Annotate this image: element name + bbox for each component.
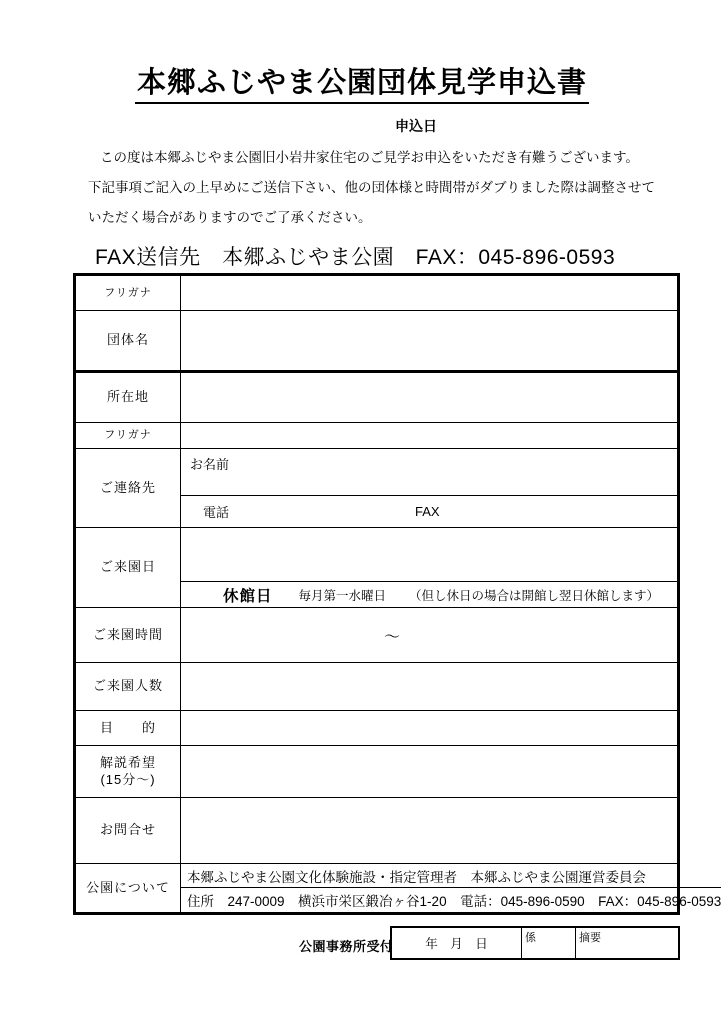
- contact-name-label: お名前: [190, 454, 229, 473]
- row-furigana-group: フリガナ: [76, 276, 677, 311]
- row-visit-date: ご来園日 休館日 毎月第一水曜日 （但し休日の場合は開館し翌日休館します）: [76, 528, 677, 608]
- about-park-line1: 本郷ふじやま公園文化体験施設・指定管理者 本郷ふじやま公園運営委員会: [187, 866, 646, 886]
- summary-label: 摘要: [579, 929, 601, 945]
- row-furigana-contact: フリガナ: [76, 423, 677, 449]
- furigana-label: フリガナ: [76, 276, 181, 310]
- group-name-label: 団体名: [76, 311, 181, 370]
- row-group-name: 団体名: [76, 311, 677, 373]
- visit-time-label: ご来園時間: [76, 608, 181, 662]
- row-visit-time: ご来園時間 ～: [76, 608, 677, 663]
- reception-date-input[interactable]: 年 月 日: [392, 928, 522, 958]
- address-input[interactable]: [181, 373, 677, 422]
- inquiry-label: お問合せ: [76, 798, 181, 863]
- furigana-label: フリガナ: [76, 423, 181, 448]
- application-form-table: フリガナ 団体名 所在地 フリガナ ご連絡先 お名前 電話 FAX: [73, 273, 680, 915]
- fax-destination-line: FAX送信先 本郷ふじやま公園 FAX：045-896-0593: [0, 241, 724, 271]
- visitor-count-input[interactable]: [181, 663, 677, 710]
- reception-summary-input[interactable]: 摘要: [576, 928, 678, 958]
- row-guide-request: 解説希望 (15分～): [76, 746, 677, 798]
- row-purpose: 目 的: [76, 711, 677, 746]
- visitor-count-label: ご来園人数: [76, 663, 181, 710]
- guide-request-label-line1: 解説希望: [100, 755, 156, 772]
- reception-staff-input[interactable]: 係: [522, 928, 576, 958]
- time-range-separator: ～: [181, 608, 603, 662]
- application-date-label: 申込日: [0, 116, 724, 136]
- closed-day-note: （但し休日の場合は開館し翌日休館します）: [409, 586, 659, 604]
- guide-request-input[interactable]: [181, 746, 677, 797]
- about-park-line2-row: 住所 247-0009 横浜市栄区鍛冶ヶ谷1-20 電話：045-896-059…: [181, 888, 721, 912]
- closed-day-note-row: 休館日 毎月第一水曜日 （但し休日の場合は開館し翌日休館します）: [181, 582, 677, 607]
- row-about-park: 公園について 本郷ふじやま公園文化体験施設・指定管理者 本郷ふじやま公園運営委員…: [76, 864, 677, 912]
- purpose-input[interactable]: [181, 711, 677, 745]
- visit-date-input[interactable]: [181, 528, 677, 582]
- row-contact: ご連絡先 お名前 電話 FAX: [76, 449, 677, 528]
- about-park-line2: 住所 247-0009 横浜市栄区鍛冶ヶ谷1-20 電話：045-896-059…: [187, 890, 721, 910]
- contact-name-input[interactable]: お名前: [181, 449, 677, 496]
- intro-line: 下記事項ご記入の上早めにご送信下さい、他の団体様と時間帯がダブりました際は調整さ…: [0, 173, 724, 203]
- furigana-contact-input[interactable]: [181, 423, 677, 448]
- guide-request-label: 解説希望 (15分～): [76, 746, 181, 797]
- row-inquiry: お問合せ: [76, 798, 677, 864]
- furigana-group-input[interactable]: [181, 276, 677, 310]
- contact-telfax-input[interactable]: 電話 FAX: [181, 496, 677, 527]
- row-visitor-count: ご来園人数: [76, 663, 677, 711]
- intro-line: この度は本郷ふじやま公園旧小岩井家住宅のご見学お申込をいただき有難うございます。: [0, 143, 724, 173]
- intro-paragraph: この度は本郷ふじやま公園旧小岩井家住宅のご見学お申込をいただき有難うございます。…: [0, 143, 724, 233]
- visit-time-input[interactable]: ～: [181, 608, 677, 662]
- office-reception-table: 年 月 日 係 摘要: [390, 926, 680, 960]
- about-park-label: 公園について: [76, 864, 181, 912]
- guide-request-label-line2: (15分～): [100, 772, 155, 789]
- intro-line: いただく場合がありますのでご了承ください。: [0, 203, 724, 233]
- closed-day-value: 毎月第一水曜日: [299, 586, 387, 604]
- group-name-input[interactable]: [181, 311, 677, 370]
- page-title: 本郷ふじやま公園団体見学申込書: [0, 0, 724, 101]
- inquiry-input[interactable]: [181, 798, 677, 863]
- application-form-document: 本郷ふじやま公園団体見学申込書 申込日 この度は本郷ふじやま公園旧小岩井家住宅の…: [0, 0, 724, 1024]
- address-label: 所在地: [76, 373, 181, 422]
- purpose-label: 目 的: [76, 711, 181, 745]
- about-park-line1-row: 本郷ふじやま公園文化体験施設・指定管理者 本郷ふじやま公園運営委員会: [181, 864, 721, 888]
- contact-fax-label: FAX: [415, 504, 440, 519]
- visit-date-label: ご来園日: [76, 528, 181, 607]
- staff-label: 係: [525, 929, 536, 945]
- contact-label: ご連絡先: [76, 449, 181, 527]
- contact-tel-label: 電話: [203, 502, 229, 521]
- closed-day-label: 休館日: [223, 584, 273, 606]
- row-address: 所在地: [76, 373, 677, 423]
